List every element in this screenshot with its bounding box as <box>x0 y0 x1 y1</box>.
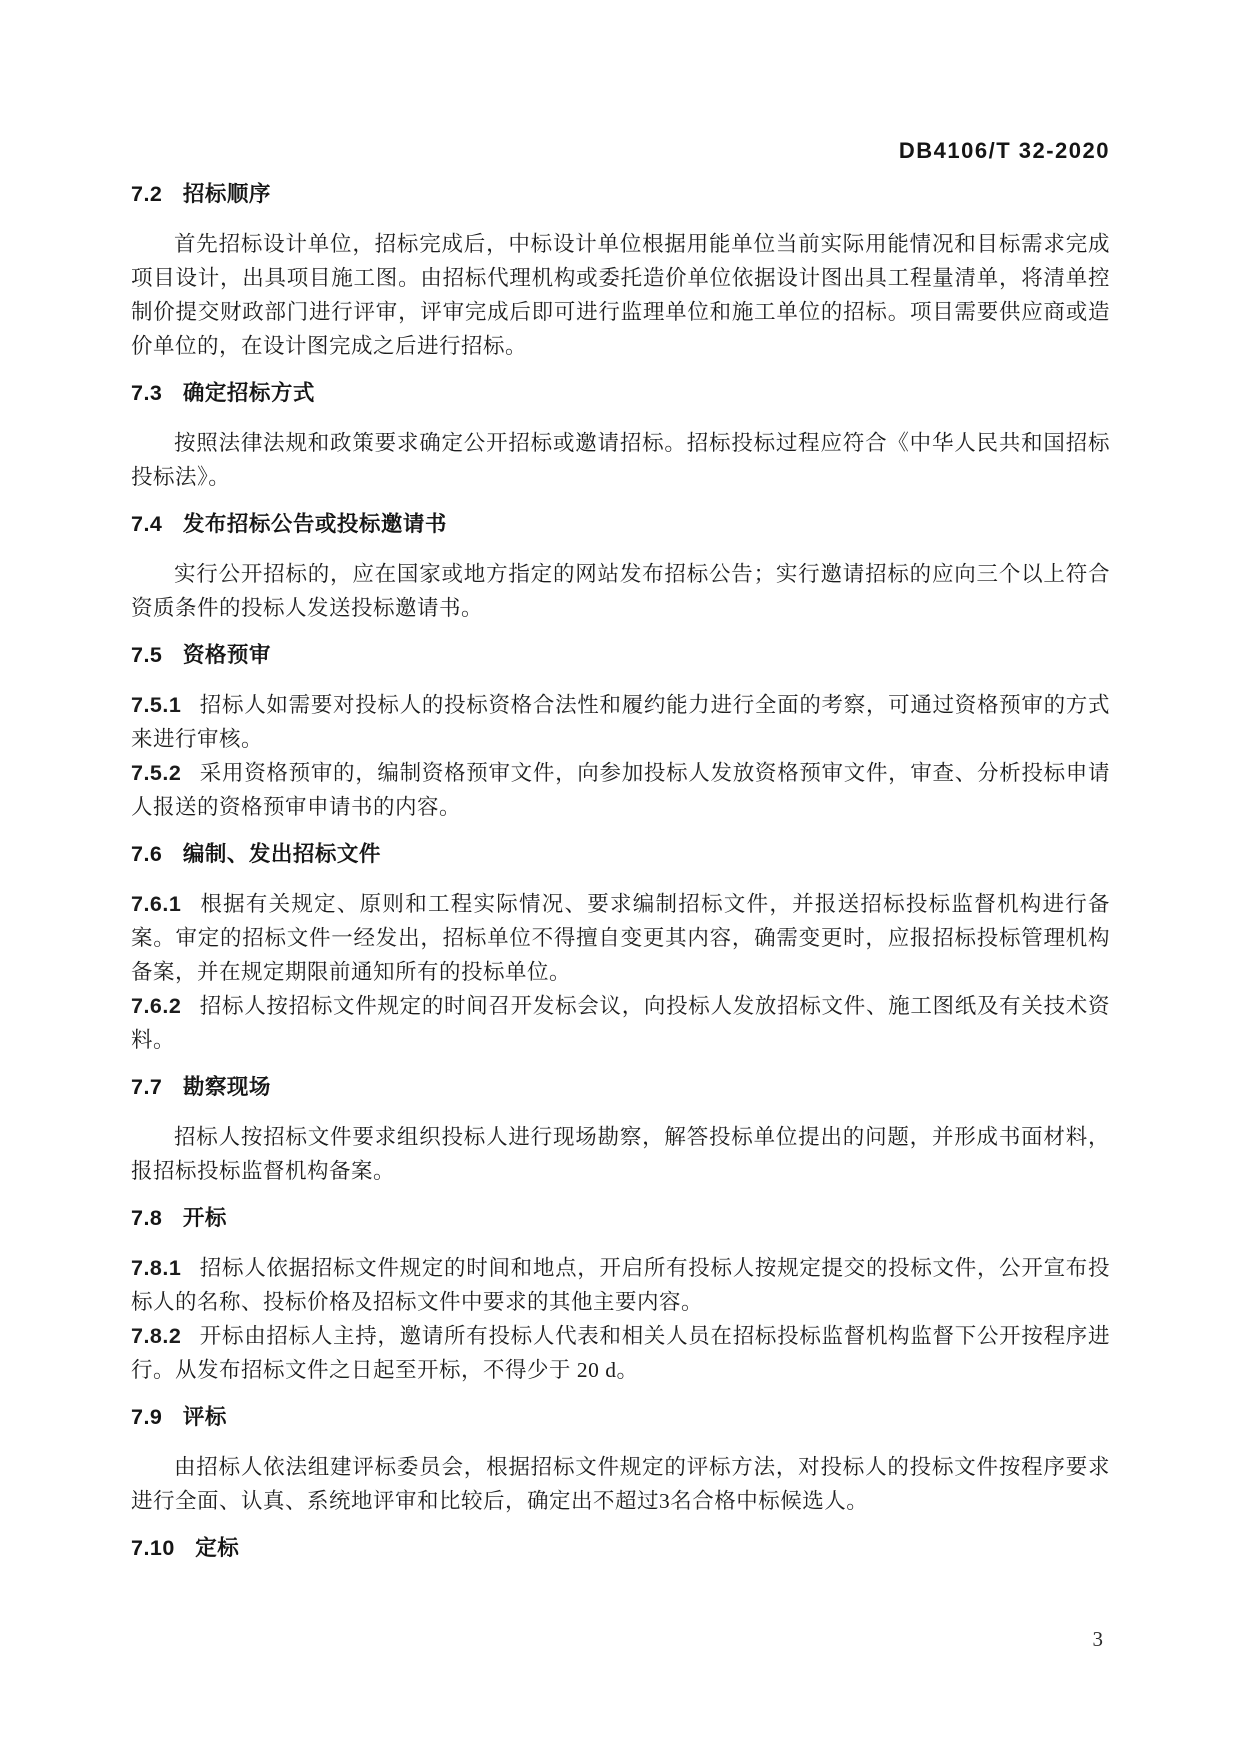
section-paragraph: 由招标人依法组建评标委员会，根据招标文件规定的评标方法，对投标人的投标文件按程序… <box>131 1450 1110 1518</box>
clause-paragraph: 7.8.2开标由招标人主持，邀请所有投标人代表和相关人员在招标投标监督机构监督下… <box>131 1319 1110 1387</box>
section-heading: 7.8开标 <box>131 1205 1110 1231</box>
clause-text: 开标由招标人主持，邀请所有投标人代表和相关人员在招标投标监督机构监督下公开按程序… <box>131 1324 1110 1382</box>
section-heading: 7.4发布招标公告或投标邀请书 <box>131 511 1110 537</box>
section-number: 7.4 <box>131 512 162 536</box>
clause-paragraph: 7.5.1招标人如需要对投标人的投标资格合法性和履约能力进行全面的考察，可通过资… <box>131 688 1110 756</box>
clause-paragraph: 7.6.2招标人按招标文件规定的时间召开发标会议，向投标人发放招标文件、施工图纸… <box>131 989 1110 1057</box>
section-paragraph: 实行公开招标的，应在国家或地方指定的网站发布招标公告；实行邀请招标的应向三个以上… <box>131 557 1110 625</box>
standard-code: DB4106/T 32-2020 <box>131 138 1110 164</box>
section-title: 资格预审 <box>183 643 271 667</box>
section-heading: 7.10定标 <box>131 1535 1110 1561</box>
section-number: 7.8 <box>131 1206 162 1230</box>
section-7-10: 7.10定标 <box>131 1535 1110 1561</box>
section-number: 7.5 <box>131 643 162 667</box>
section-title: 确定招标方式 <box>183 381 315 405</box>
clause-number: 7.5.2 <box>131 761 181 785</box>
clause-text: 招标人如需要对投标人的投标资格合法性和履约能力进行全面的考察，可通过资格预审的方… <box>131 693 1110 751</box>
section-7-3: 7.3确定招标方式 按照法律法规和政策要求确定公开招标或邀请招标。招标投标过程应… <box>131 380 1110 494</box>
section-number: 7.7 <box>131 1075 162 1099</box>
clause-number: 7.6.1 <box>131 892 181 916</box>
section-heading: 7.5资格预审 <box>131 642 1110 668</box>
section-title: 招标顺序 <box>183 182 271 206</box>
document-page: DB4106/T 32-2020 7.2招标顺序 首先招标设计单位，招标完成后，… <box>0 0 1241 1754</box>
clause-paragraph: 7.6.1根据有关规定、原则和工程实际情况、要求编制招标文件，并报送招标投标监督… <box>131 887 1110 989</box>
section-title: 定标 <box>195 1536 239 1560</box>
clause-text: 采用资格预审的，编制资格预审文件，向参加投标人发放资格预审文件，审查、分析投标申… <box>131 761 1110 819</box>
section-heading: 7.2招标顺序 <box>131 181 1110 207</box>
section-paragraph: 首先招标设计单位，招标完成后，中标设计单位根据用能单位当前实际用能情况和目标需求… <box>131 227 1110 363</box>
page-number: 3 <box>1093 1626 1104 1652</box>
section-number: 7.6 <box>131 842 162 866</box>
section-title: 发布招标公告或投标邀请书 <box>183 512 447 536</box>
section-number: 7.10 <box>131 1536 175 1560</box>
section-number: 7.3 <box>131 381 162 405</box>
section-number: 7.9 <box>131 1405 162 1429</box>
clause-number: 7.5.1 <box>131 693 181 717</box>
clause-text: 招标人依据招标文件规定的时间和地点，开启所有投标人按规定提交的投标文件，公开宣布… <box>131 1256 1110 1314</box>
section-7-9: 7.9评标 由招标人依法组建评标委员会，根据招标文件规定的评标方法，对投标人的投… <box>131 1404 1110 1518</box>
section-7-5: 7.5资格预审 7.5.1招标人如需要对投标人的投标资格合法性和履约能力进行全面… <box>131 642 1110 824</box>
clause-number: 7.6.2 <box>131 994 181 1018</box>
clause-paragraph: 7.5.2采用资格预审的，编制资格预审文件，向参加投标人发放资格预审文件，审查、… <box>131 756 1110 824</box>
section-heading: 7.3确定招标方式 <box>131 380 1110 406</box>
clause-number: 7.8.2 <box>131 1324 181 1348</box>
section-7-7: 7.7勘察现场 招标人按招标文件要求组织投标人进行现场勘察，解答投标单位提出的问… <box>131 1074 1110 1188</box>
section-heading: 7.6编制、发出招标文件 <box>131 841 1110 867</box>
clause-text: 根据有关规定、原则和工程实际情况、要求编制招标文件，并报送招标投标监督机构进行备… <box>131 892 1110 984</box>
section-title: 评标 <box>183 1405 227 1429</box>
section-number: 7.2 <box>131 182 162 206</box>
clause-paragraph: 7.8.1招标人依据招标文件规定的时间和地点，开启所有投标人按规定提交的投标文件… <box>131 1251 1110 1319</box>
section-7-4: 7.4发布招标公告或投标邀请书 实行公开招标的，应在国家或地方指定的网站发布招标… <box>131 511 1110 625</box>
section-paragraph: 招标人按招标文件要求组织投标人进行现场勘察，解答投标单位提出的问题，并形成书面材… <box>131 1120 1110 1188</box>
section-title: 编制、发出招标文件 <box>183 842 381 866</box>
clause-number: 7.8.1 <box>131 1256 181 1280</box>
document-body: 7.2招标顺序 首先招标设计单位，招标完成后，中标设计单位根据用能单位当前实际用… <box>131 181 1110 1561</box>
section-7-2: 7.2招标顺序 首先招标设计单位，招标完成后，中标设计单位根据用能单位当前实际用… <box>131 181 1110 363</box>
section-title: 开标 <box>183 1206 227 1230</box>
section-heading: 7.9评标 <box>131 1404 1110 1430</box>
clause-text: 招标人按招标文件规定的时间召开发标会议，向投标人发放招标文件、施工图纸及有关技术… <box>131 994 1110 1052</box>
section-7-8: 7.8开标 7.8.1招标人依据招标文件规定的时间和地点，开启所有投标人按规定提… <box>131 1205 1110 1387</box>
section-7-6: 7.6编制、发出招标文件 7.6.1根据有关规定、原则和工程实际情况、要求编制招… <box>131 841 1110 1057</box>
section-paragraph: 按照法律法规和政策要求确定公开招标或邀请招标。招标投标过程应符合《中华人民共和国… <box>131 426 1110 494</box>
section-heading: 7.7勘察现场 <box>131 1074 1110 1100</box>
section-title: 勘察现场 <box>183 1075 271 1099</box>
